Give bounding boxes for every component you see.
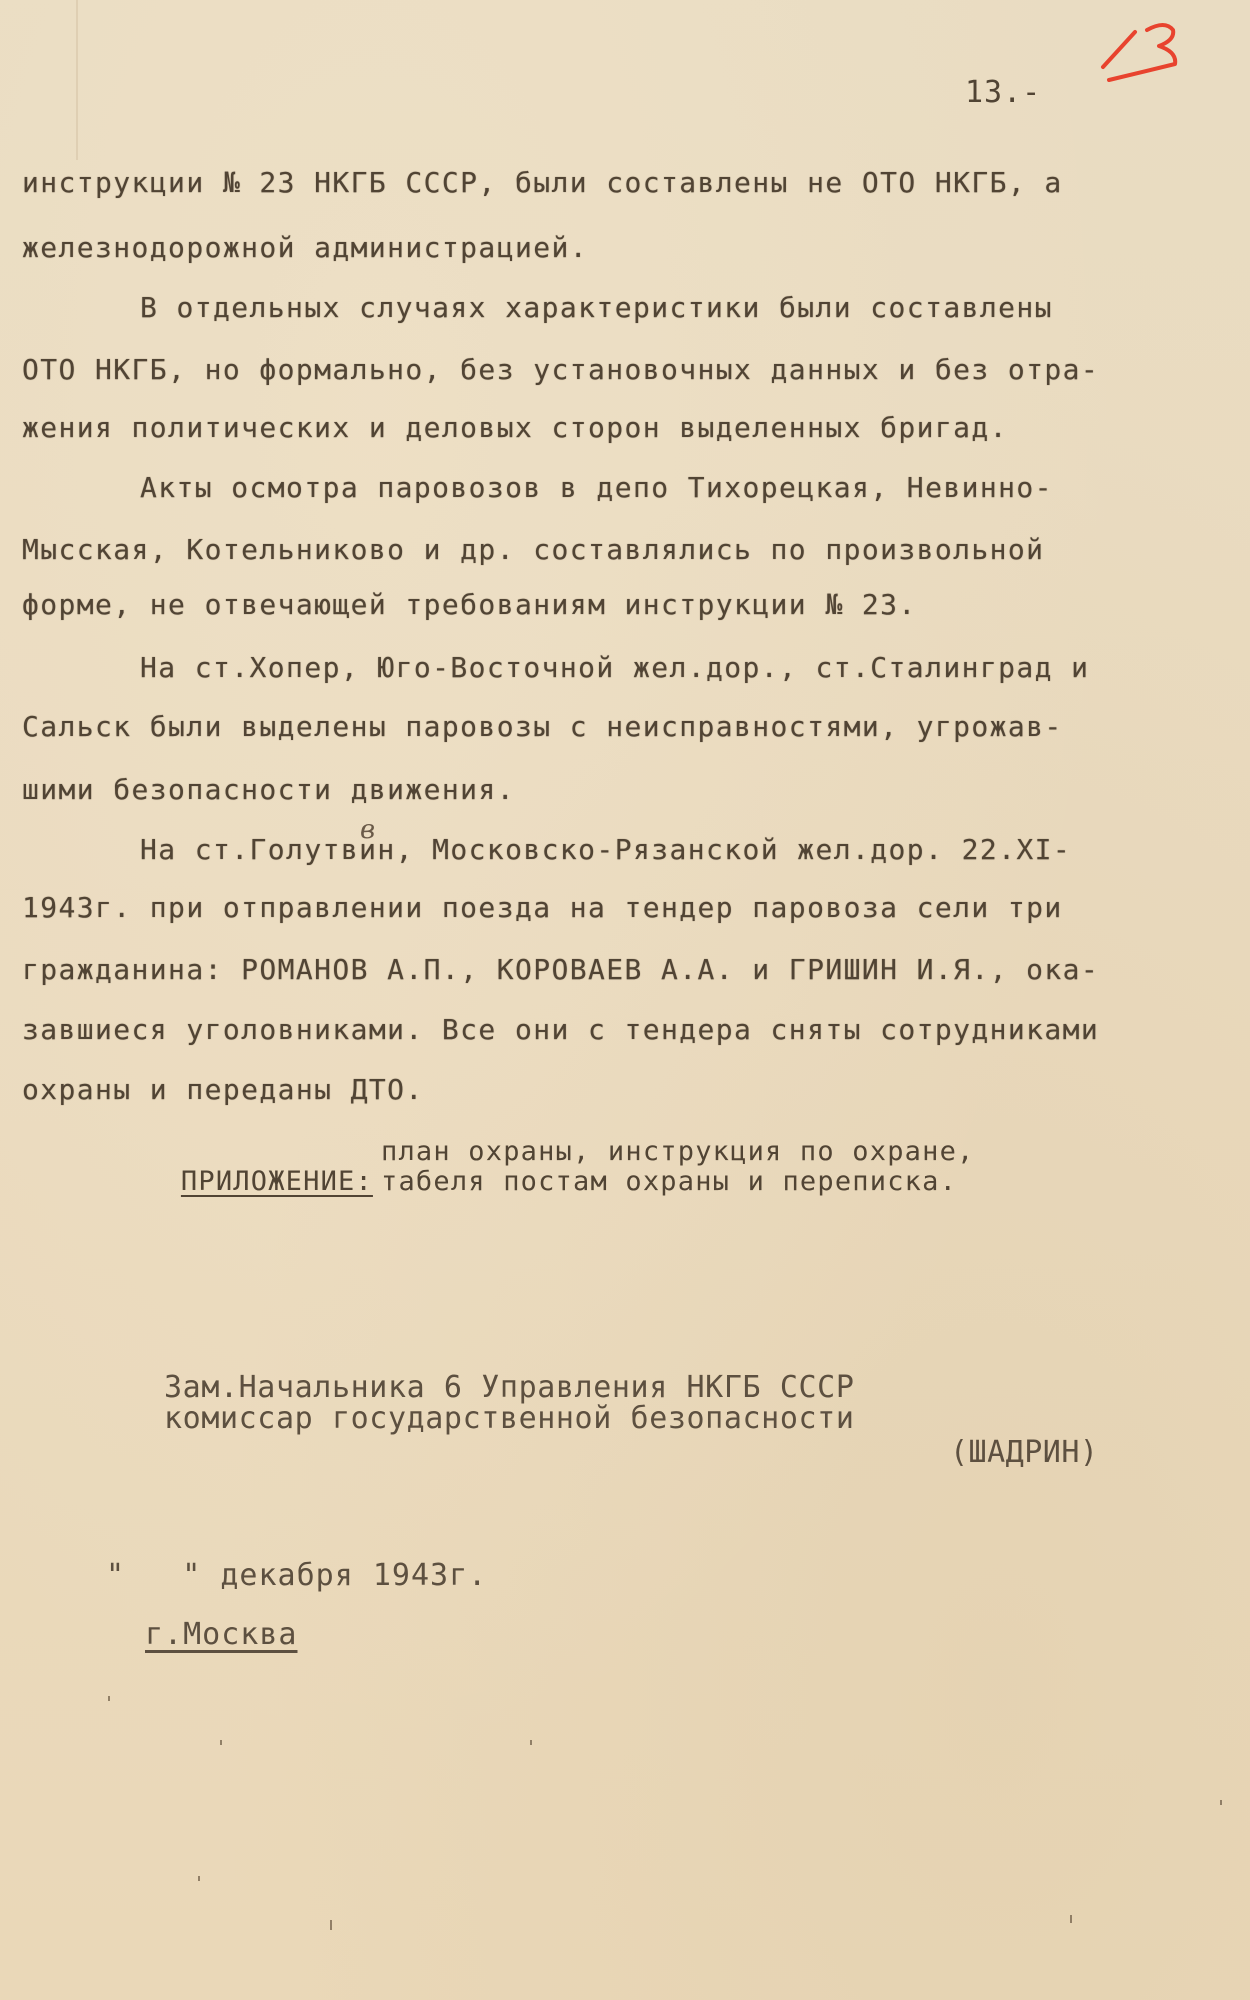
appendix-line: план охраны, инструкция по охране, <box>381 1137 974 1167</box>
body-line: Акты осмотра паровозов в депо Тихорецкая… <box>140 471 1053 505</box>
body-line: форме, не отвечающей требованиям инструк… <box>22 588 917 622</box>
signature-title-line: комиссар государственной безопасности <box>164 1403 854 1435</box>
paper-speck <box>1070 1915 1072 1923</box>
body-line: инструкции № 23 НКГБ СССР, были составле… <box>22 166 1063 200</box>
body-line: охраны и переданы ДТО. <box>22 1073 424 1107</box>
paper-speck <box>330 1920 332 1930</box>
body-line: В отдельных случаях характеристики были … <box>140 291 1053 325</box>
body-line: гражданина: РОМАНОВ А.П., КОРОВАЕВ А.А. … <box>22 953 1099 987</box>
body-line: завшиеся уголовниками. Все они с тендера… <box>22 1013 1099 1047</box>
signature-title-line: Зам.Начальника 6 Управления НКГБ СССР <box>164 1372 854 1404</box>
paper-speck <box>530 1740 532 1745</box>
document-city: г.Москва <box>145 1617 298 1652</box>
body-line: Мысская, Котельниково и др. составлялись… <box>22 533 1044 567</box>
paper-speck <box>1220 1800 1222 1805</box>
body-line: железнодорожной администрацией. <box>22 231 588 265</box>
appendix-label: ПРИЛОЖЕНИЕ: <box>181 1166 373 1197</box>
body-line: 1943г. при отправлении поезда на тендер … <box>22 891 1063 925</box>
paper-speck <box>220 1740 222 1745</box>
body-line: ОТО НКГБ, но формально, без установочных… <box>22 353 1099 387</box>
body-line: Сальск были выделены паровозы с неисправ… <box>22 710 1063 744</box>
appendix: ПРИЛОЖЕНИЕ: <box>146 1137 373 1197</box>
body-line: шими безопасности движения. <box>22 773 515 807</box>
paper-speck <box>108 1696 110 1701</box>
body-line: На ст.Голутвин, Московско-Рязанской жел.… <box>140 833 1071 867</box>
document-date: " " декабря 1943г. <box>106 1558 487 1593</box>
body-line: На ст.Хопер, Юго-Восточной жел.дор., ст.… <box>140 651 1089 685</box>
paper-speck <box>198 1876 200 1881</box>
signatory-name: (ШАДРИН) <box>950 1435 1099 1470</box>
page-number: 13.- <box>965 75 1041 110</box>
body-line: жения политических и деловых сторон выде… <box>22 411 1008 445</box>
paper-crease <box>76 0 78 160</box>
appendix-line: табеля постам охраны и переписка. <box>381 1167 957 1197</box>
archive-page-number-mark <box>1095 12 1185 82</box>
